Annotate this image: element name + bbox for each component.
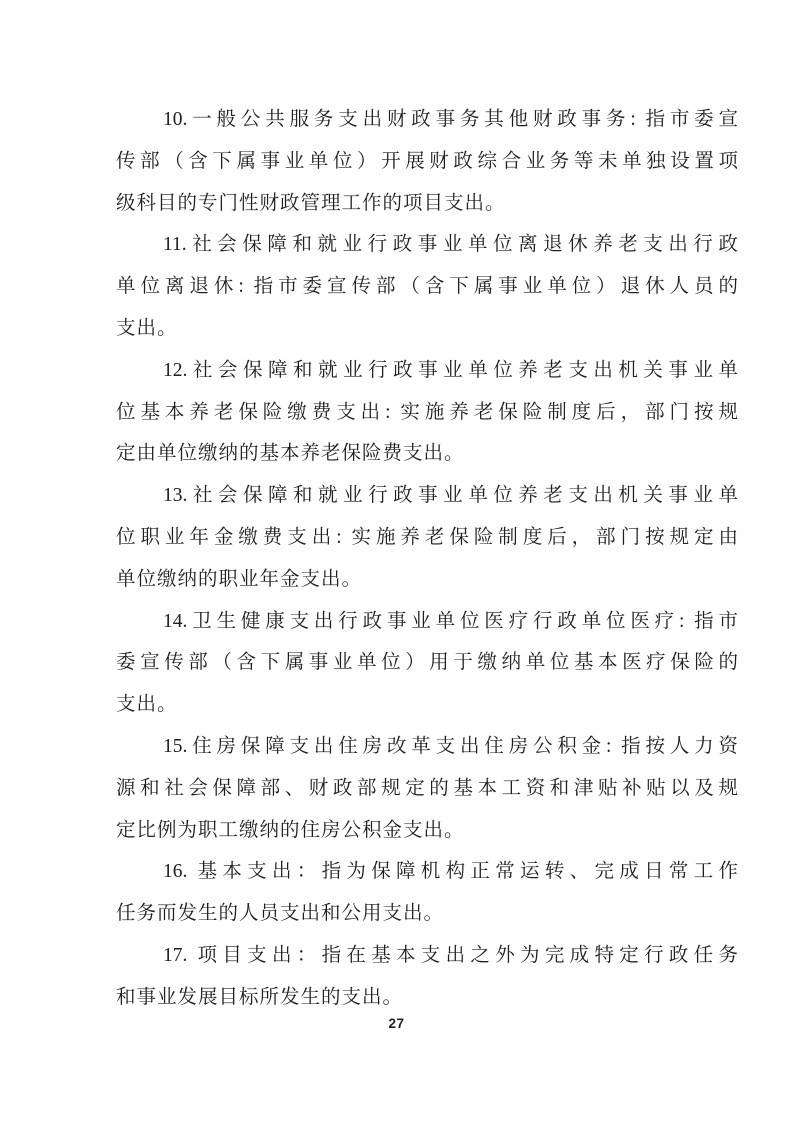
- text-line: 委宣传部（含下属事业单位）用于缴纳单位基本医疗保险的: [116, 642, 738, 684]
- text-line: 16. 基本支出：指为保障机构正常运转、完成日常工作: [116, 851, 738, 893]
- text-line: 10.一般公共服务支出财政事务其他财政事务: 指市委宣: [116, 99, 738, 141]
- text-line: 单位离退休: 指市委宣传部（含下属事业单位）退休人员的: [116, 266, 738, 308]
- text-line: 14.卫生健康支出行政事业单位医疗行政单位医疗: 指市: [116, 601, 738, 643]
- text-line: 位职业年金缴费支出: 实施养老保险制度后，部门按规定由: [116, 517, 738, 559]
- text-line: 17. 项目支出：指在基本支出之外为完成特定行政任务: [116, 935, 738, 977]
- paragraph-item-17: 17. 项目支出：指在基本支出之外为完成特定行政任务 和事业发展目标所发生的支出…: [116, 935, 738, 1019]
- text-line: 13.社会保障和就业行政事业单位养老支出机关事业单: [116, 475, 738, 517]
- text-line: 15.住房保障支出住房改革支出住房公积金: 指按人力资: [116, 726, 738, 768]
- body-text: 10.一般公共服务支出财政事务其他财政事务: 指市委宣 传部（含下属事业单位）开…: [116, 99, 738, 1019]
- text-line: 源和社会保障部、财政部规定的基本工资和津贴补贴以及规: [116, 768, 738, 810]
- paragraph-item-12: 12.社会保障和就业行政事业单位养老支出机关事业单 位基本养老保险缴费支出: 实…: [116, 350, 738, 475]
- text-line: 11.社会保障和就业行政事业单位离退休养老支出行政: [116, 224, 738, 266]
- text-line: 支出。: [116, 684, 738, 726]
- text-line: 和事业发展目标所发生的支出。: [116, 977, 738, 1019]
- paragraph-item-13: 13.社会保障和就业行政事业单位养老支出机关事业单 位职业年金缴费支出: 实施养…: [116, 475, 738, 600]
- text-line: 支出。: [116, 308, 738, 350]
- paragraph-item-11: 11.社会保障和就业行政事业单位离退休养老支出行政 单位离退休: 指市委宣传部（…: [116, 224, 738, 349]
- paragraph-item-14: 14.卫生健康支出行政事业单位医疗行政单位医疗: 指市 委宣传部（含下属事业单位…: [116, 601, 738, 726]
- text-line: 单位缴纳的职业年金支出。: [116, 559, 738, 601]
- document-page: 10.一般公共服务支出财政事务其他财政事务: 指市委宣 传部（含下属事业单位）开…: [0, 0, 793, 1122]
- text-line: 传部（含下属事业单位）开展财政综合业务等未单独设置项: [116, 141, 738, 183]
- text-line: 定比例为职工缴纳的住房公积金支出。: [116, 810, 738, 852]
- text-line: 定由单位缴纳的基本养老保险费支出。: [116, 433, 738, 475]
- paragraph-item-10: 10.一般公共服务支出财政事务其他财政事务: 指市委宣 传部（含下属事业单位）开…: [116, 99, 738, 224]
- paragraph-item-16: 16. 基本支出：指为保障机构正常运转、完成日常工作 任务而发生的人员支出和公用…: [116, 851, 738, 935]
- paragraph-item-15: 15.住房保障支出住房改革支出住房公积金: 指按人力资 源和社会保障部、财政部规…: [116, 726, 738, 851]
- text-line: 级科目的专门性财政管理工作的项目支出。: [116, 183, 738, 225]
- page-number: 27: [0, 1016, 793, 1031]
- text-line: 位基本养老保险缴费支出: 实施养老保险制度后，部门按规: [116, 392, 738, 434]
- text-line: 12.社会保障和就业行政事业单位养老支出机关事业单: [116, 350, 738, 392]
- text-line: 任务而发生的人员支出和公用支出。: [116, 893, 738, 935]
